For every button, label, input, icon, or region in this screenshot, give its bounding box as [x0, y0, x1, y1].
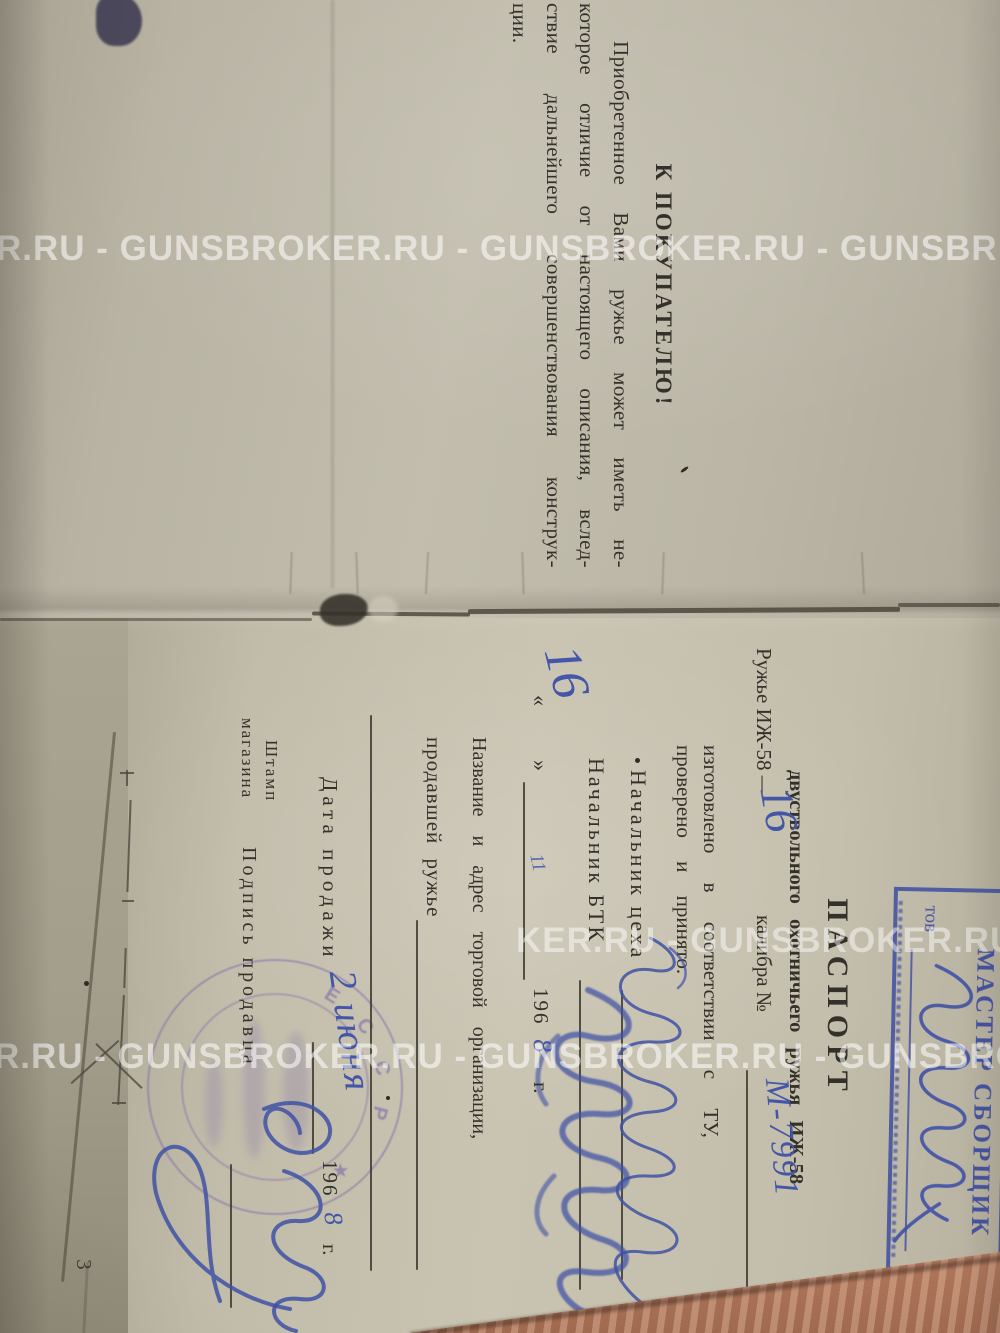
org-address-underline: [370, 715, 372, 1271]
sold-underline: [416, 920, 418, 1270]
watermark-band-bottom: R.RU - GUNSBROKER.RU - GUNSBROKER.RU - G…: [0, 1037, 1000, 1077]
chief-btk-signature: [528, 976, 658, 1321]
handwritten-caliber: 16: [749, 782, 809, 837]
page-number: 3: [71, 1259, 96, 1270]
sale-sold-line: продавшей ружье: [421, 737, 446, 917]
seller-signature-label: Подпись продавца: [237, 847, 260, 1068]
date-close-quote: »: [527, 760, 553, 771]
buyer-notice-block: К ПОКУПАТЕЛЮ! Приобретенное Вами ружье м…: [503, 3, 676, 568]
master-signature: [886, 953, 1000, 1265]
chief-btk-label: Начальник БТК: [583, 758, 609, 944]
buyer-notice-line: которое отличие от настоящего описания, …: [570, 3, 604, 568]
passport-page-rotated-content: Е С С Р ★ ПАСПОРТ двуствольного охотничь…: [130, 618, 1000, 1333]
sale-date-label: Дата продажи: [317, 777, 342, 962]
upper-page-rotated-content: К ПОКУПАТЕЛЮ! Приобретенное Вами ружье м…: [0, 0, 1000, 620]
bullet-speck: [635, 758, 640, 763]
buyer-notice-line: ции.: [503, 3, 537, 568]
buyer-notice-title: К ПОКУПАТЕЛЮ!: [650, 3, 676, 568]
handwritten-day: 16: [532, 640, 602, 705]
shop-stamp-label-2: магазина: [237, 718, 257, 799]
underlying-page-edge-strip: [0, 618, 130, 1333]
seller-signature: [145, 1073, 360, 1333]
serial-underline: [746, 1070, 748, 1308]
handwritten-month-marks: 11: [524, 852, 549, 874]
year-prefix: 196: [528, 988, 553, 1026]
year-suffix: г.: [528, 1082, 553, 1094]
pencil-mark: [112, 1102, 126, 1104]
buyer-notice-line: Приобретенное Вами ружье может иметь не-: [604, 3, 638, 568]
watermark-band-middle: KER.RU - GUNSBROKER.RU - GUNSBR: [516, 921, 1000, 961]
buyer-notice-line: ствие дальнейшего совершенствования конс…: [537, 3, 571, 568]
photo-of-gun-passport: 3 К ПОКУПАТЕЛЮ! Приобретенное Вами ружье…: [0, 0, 1000, 1333]
gun-line-prefix: Ружье ИЖ-58 —: [751, 648, 776, 797]
watermark-band-top: R.RU - GUNSBROKER.RU - GUNSBROKER.RU - G…: [0, 229, 998, 269]
sale-org-line: Название и адрес торговой организации,: [467, 737, 490, 1139]
speck: [84, 981, 89, 986]
shop-stamp-label-1: Штамп: [261, 740, 281, 802]
